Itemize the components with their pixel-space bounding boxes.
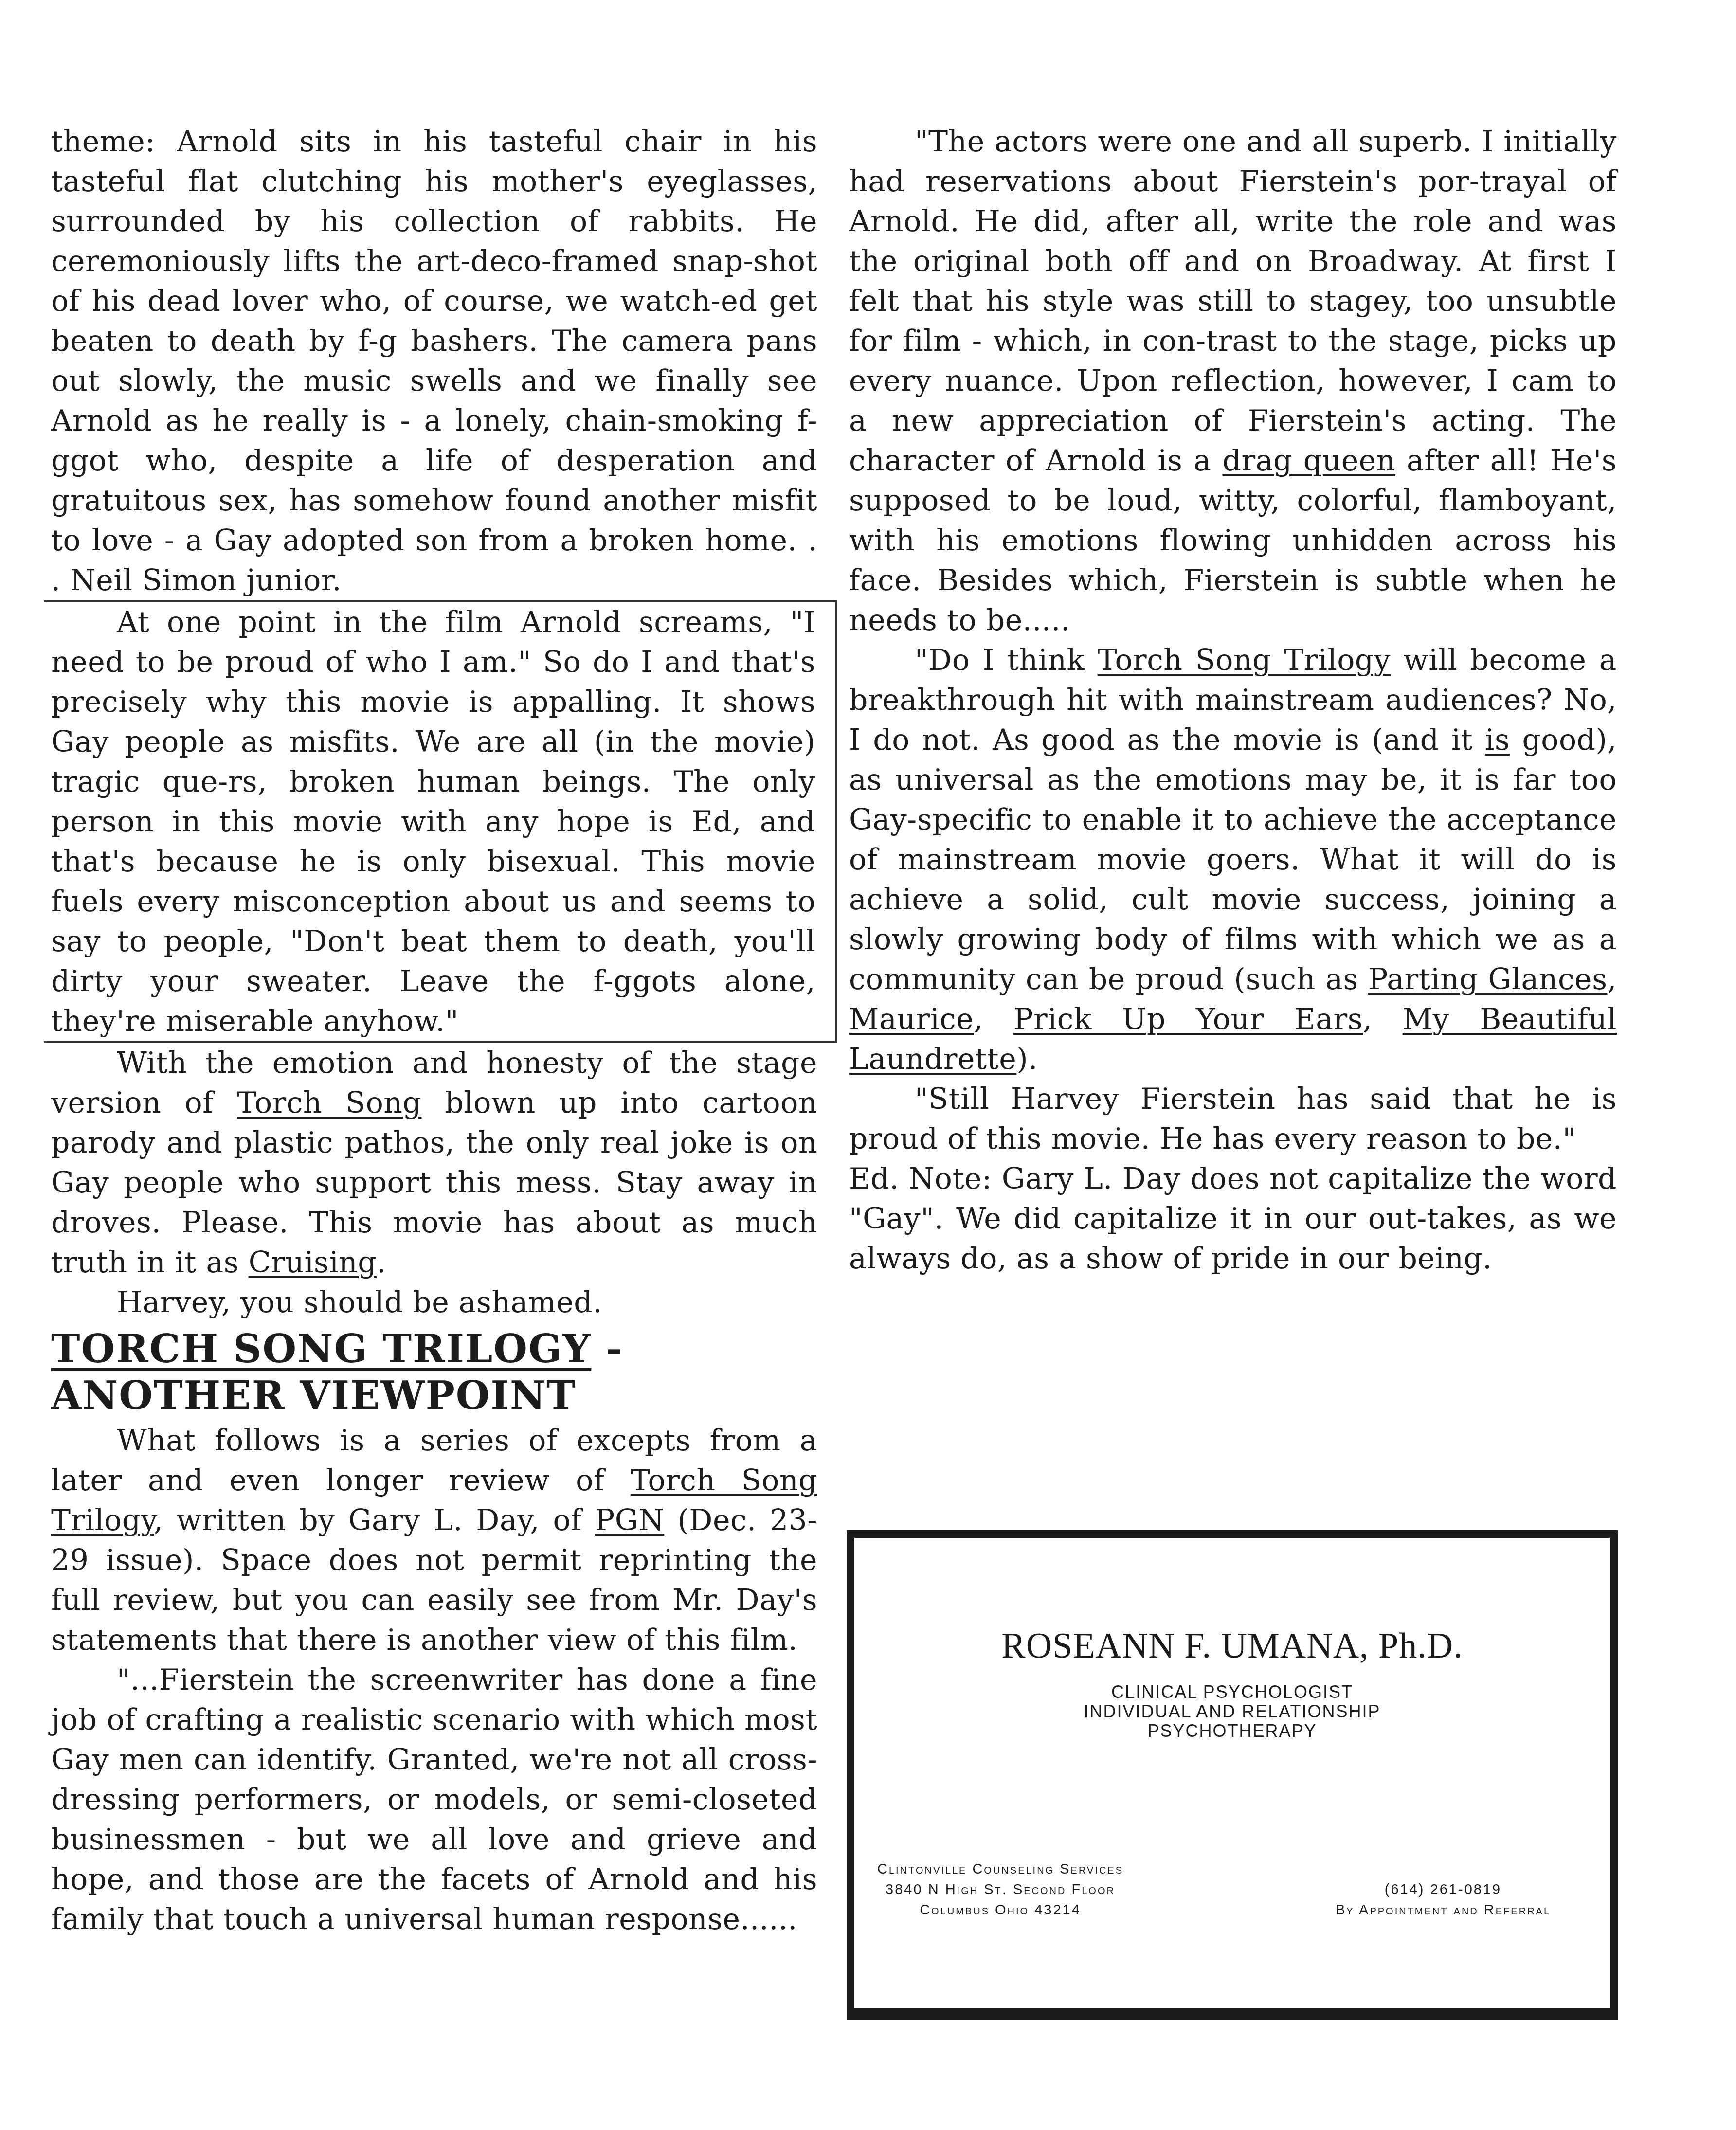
paragraph-intro: What follows is a series of excepts from… (51, 1421, 817, 1660)
section-heading: TORCH SONG TRILOGY - ANOTHER VIEWPOINT (51, 1325, 817, 1419)
ad-address-line-1: 3840 N High St. Second Floor (864, 1882, 1137, 1898)
ad-name: ROSEANN F. UMANA, Ph.D. (854, 1625, 1610, 1667)
emphasis-is: is (1485, 723, 1510, 757)
heading-title: TORCH SONG TRILOGY (51, 1326, 591, 1372)
text: , (1607, 962, 1617, 996)
text: "The actors were one and all superb. I i… (849, 125, 1617, 478)
heading-subtitle: ANOTHER VIEWPOINT (51, 1372, 577, 1418)
left-column: theme: Arnold sits in his tasteful chair… (51, 122, 817, 1939)
paragraph-breakthrough: "Do I think Torch Song Trilogy will beco… (849, 640, 1617, 1079)
ad-title-line-1: CLINICAL PSYCHOLOGIST (854, 1682, 1610, 1702)
business-card-ad: ROSEANN F. UMANA, Ph.D. CLINICAL PSYCHOL… (847, 1530, 1618, 2020)
paragraph-stage-version: With the emotion and honesty of the stag… (51, 1043, 817, 1282)
right-column: "The actors were one and all superb. I i… (849, 122, 1617, 1279)
paragraph-opening: theme: Arnold sits in his tasteful chair… (51, 122, 817, 600)
paragraph-harvey: Harvey, you should be ashamed. (51, 1282, 817, 1322)
paragraph-fierstein-screenwriter: "...Fierstein the screenwriter has done … (51, 1660, 817, 1939)
paragraph-still-harvey: "Still Harvey Fierstein has said that he… (849, 1079, 1617, 1159)
text: , (1363, 1002, 1403, 1036)
ad-address-line-2: Columbus Ohio 43214 (864, 1902, 1137, 1918)
publication-pgn: PGN (595, 1503, 664, 1537)
text: . (377, 1246, 386, 1280)
heading-dash: - (591, 1326, 623, 1372)
editor-note: Ed. Note: Gary L. Day does not capitaliz… (849, 1159, 1617, 1279)
film-title-parting-glances: Parting Glances (1368, 962, 1607, 996)
film-title-cruising: Cruising (249, 1246, 377, 1280)
ad-title-line-2: INDIVIDUAL AND RELATIONSHIP (854, 1701, 1610, 1722)
boxed-quote-text: At one point in the film Arnold screams,… (51, 602, 815, 1041)
film-title-maurice: Maurice (849, 1002, 974, 1036)
ad-appointment-note: By Appointment and Referral (1292, 1902, 1594, 1918)
text: good), as universal as the emotions may … (849, 723, 1617, 996)
film-title-torch-song-trilogy: Torch Song Trilogy (1098, 643, 1391, 677)
paragraph-actors: "The actors were one and all superb. I i… (849, 122, 1617, 640)
ad-title-line-3: PSYCHOTHERAPY (854, 1721, 1610, 1741)
text: , (974, 1002, 1013, 1036)
underlined-drag-queen: drag queen (1223, 444, 1395, 478)
text: ). (1016, 1042, 1037, 1076)
film-title-prick-up-your-ears: Prick Up Your Ears (1013, 1002, 1363, 1036)
ad-practice: Clintonville Counseling Services (864, 1861, 1137, 1877)
ad-phone: (614) 261-0819 (1292, 1882, 1594, 1898)
boxed-quote: At one point in the film Arnold screams,… (44, 600, 837, 1043)
film-title-torch-song: Torch Song (237, 1086, 421, 1120)
text: "Do I think (915, 643, 1098, 677)
text: , written by Gary L. Day, of (154, 1503, 595, 1537)
